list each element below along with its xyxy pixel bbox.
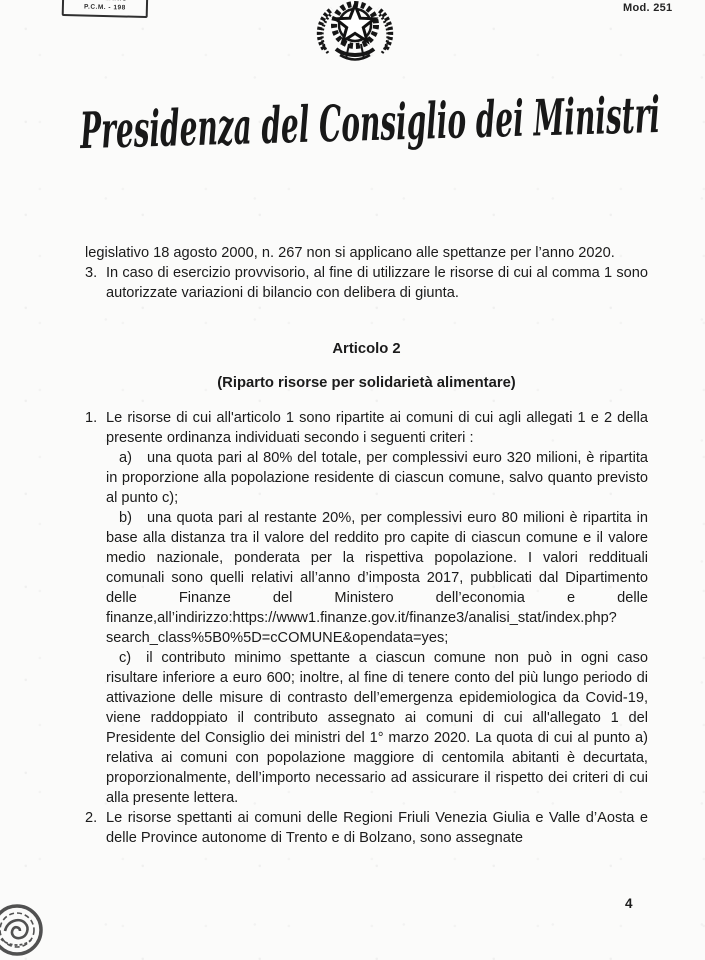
continuation-paragraph: legislativo 18 agosto 2000, n. 267 non s…: [85, 243, 648, 263]
article-subtitle: (Riparto risorse per solidarietà aliment…: [85, 373, 648, 393]
item-text: In caso di esercizio provvisorio, al fin…: [106, 263, 648, 303]
letterhead-text: Presidenza del Consiglio dei Ministri: [78, 85, 661, 160]
sub-item-text: una quota pari al 80% del totale, per co…: [106, 450, 648, 506]
list-item-3: 3. In caso di esercizio provvisorio, al …: [85, 263, 648, 303]
item-number: 2.: [85, 808, 106, 848]
modulario-line2: P.C.M. - 198: [64, 2, 146, 13]
list-item-1: 1. Le risorse di cui all'articolo 1 sono…: [85, 408, 648, 808]
item-number: 1.: [85, 408, 106, 808]
item-text: Le risorse spettanti ai comuni delle Reg…: [106, 808, 648, 848]
sub-item-a: a)una quota pari al 80% del totale, per …: [106, 448, 648, 508]
item1-intro: Le risorse di cui all'articolo 1 sono ri…: [106, 408, 648, 448]
page-number: 4: [625, 896, 633, 911]
sub-item-text: una quota pari al restante 20%, per comp…: [106, 510, 648, 646]
sub-item-label: b): [119, 508, 132, 528]
sub-item-c: c)il contributo minimo spettante a ciasc…: [106, 648, 648, 808]
modulario-stamp: MODULARIO P.C.M. - 198: [62, 0, 149, 18]
document-body: legislativo 18 agosto 2000, n. 267 non s…: [85, 243, 648, 848]
item-number: 3.: [85, 263, 106, 303]
italian-republic-emblem-icon: [302, 0, 408, 65]
article-title: Articolo 2: [85, 339, 648, 359]
sub-item-label: c): [119, 648, 131, 668]
mod-number-label: Mod. 251: [623, 2, 672, 14]
sub-item-b: b)una quota pari al restante 20%, per co…: [106, 508, 648, 648]
sub-item-label: a): [119, 448, 132, 468]
list-item-2: 2. Le risorse spettanti ai comuni delle …: [85, 808, 648, 848]
sub-item-text: il contributo minimo spettante a ciascun…: [106, 650, 648, 806]
scanned-document-page: MODULARIO P.C.M. - 198 Mod. 251 Presiden…: [0, 0, 705, 960]
item-text: Le risorse di cui all'articolo 1 sono ri…: [106, 408, 648, 808]
round-ink-stamp: [0, 901, 49, 959]
letterhead-script: Presidenza del Consiglio dei Ministri: [77, 62, 668, 180]
